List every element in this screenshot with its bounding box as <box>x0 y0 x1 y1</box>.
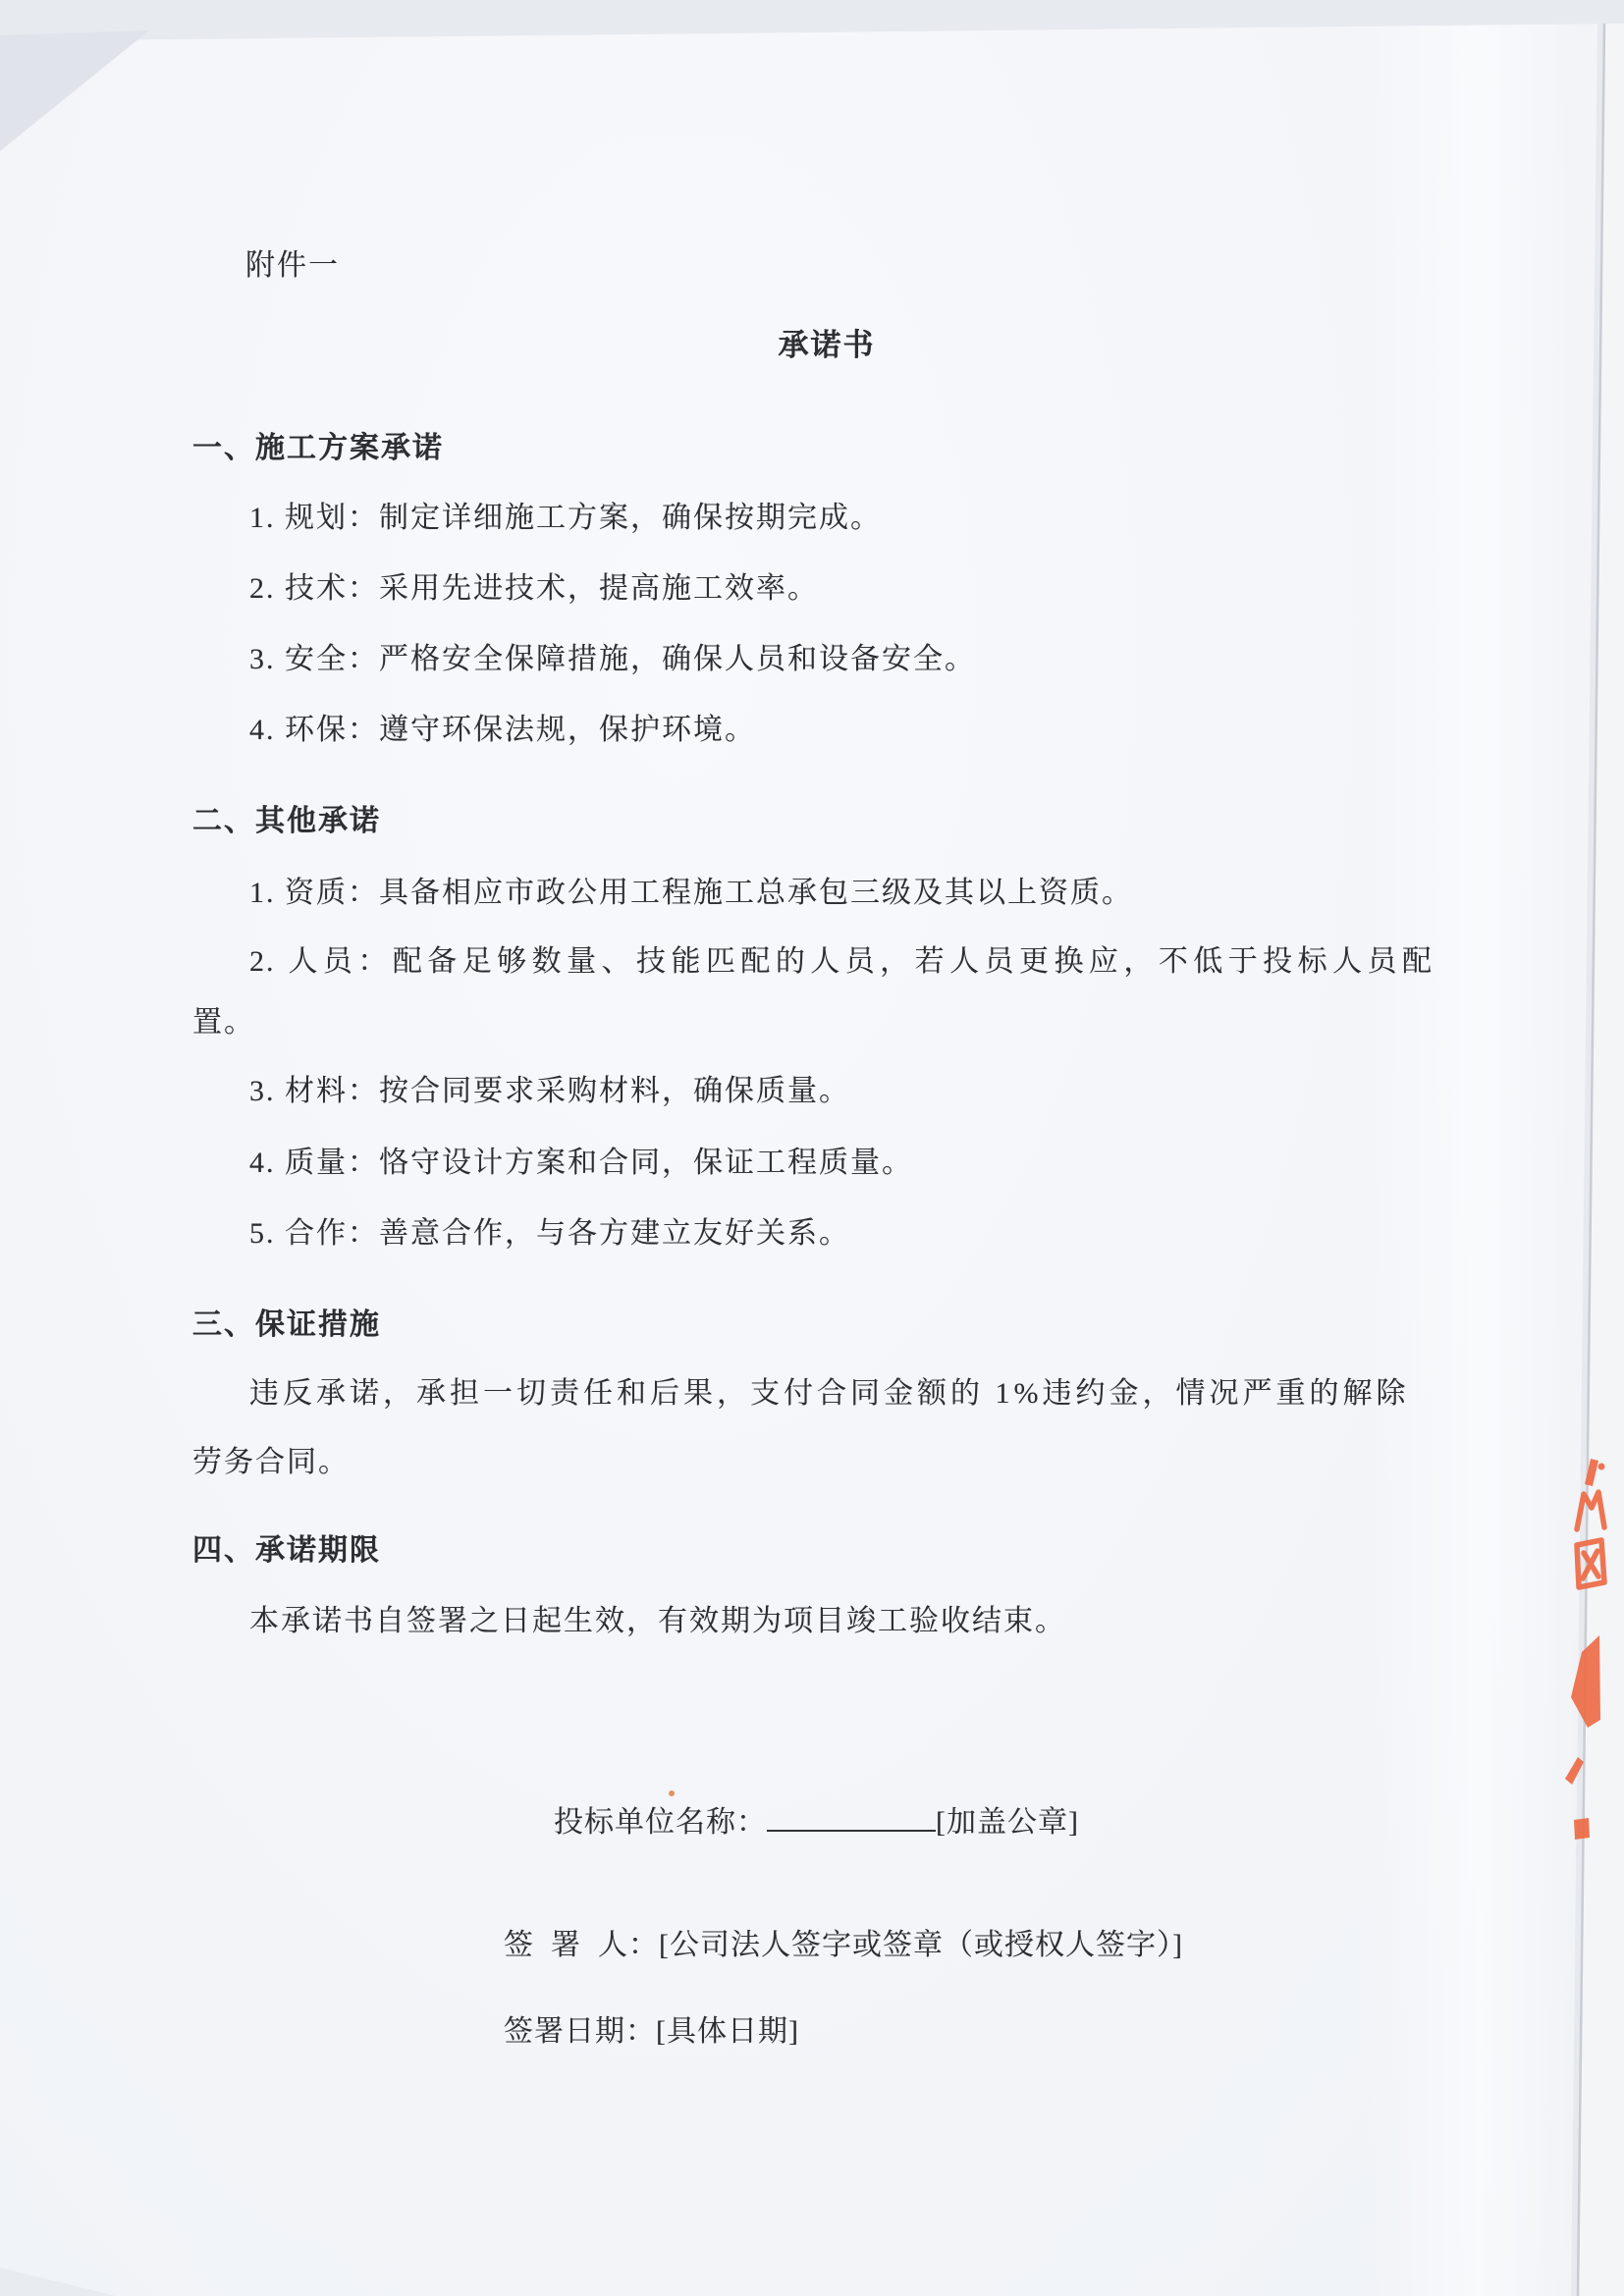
section-2-heading: 二、其他承诺 <box>192 802 1434 841</box>
scanned-page: 附件一 承诺书 一、施工方案承诺 1. 规划：制定详细施工方案，确保按期完成。 … <box>0 0 1624 2296</box>
section-2-item-5: 5. 合作：善意合作，与各方建立友好关系。 <box>192 1214 1434 1254</box>
section-1-item-3: 3. 安全：严格安全保障措施，确保人员和设备安全。 <box>192 640 1434 679</box>
attachment-label: 附件一 <box>245 246 1434 286</box>
signature-unit-note: [加盖公章] <box>936 1806 1079 1839</box>
section-2-item-2-line-1: 2. 人员：配备足够数量、技能匹配的人员，若人员更换应，不低于投标人员配 <box>192 942 1434 982</box>
section-1-item-4: 4. 环保：遵守环保法规，保护环境。 <box>192 711 1434 750</box>
doc-title: 承诺书 <box>192 326 1434 365</box>
section-3-paragraph-line-1: 违反承诺，承担一切责任和后果，支付合同金额的 1%违约金，情况严重的解除 <box>192 1374 1434 1414</box>
section-2-item-3: 3. 材料：按合同要求采购材料，确保质量。 <box>192 1072 1434 1111</box>
section-1-item-1: 1. 规划：制定详细施工方案，确保按期完成。 <box>192 499 1434 538</box>
section-1-heading: 一、施工方案承诺 <box>192 429 1434 468</box>
document-content: 附件一 承诺书 一、施工方案承诺 1. 规划：制定详细施工方案，确保按期完成。 … <box>0 0 1624 2296</box>
section-1-item-2: 2. 技术：采用先进技术，提高施工效率。 <box>192 569 1434 609</box>
section-3-paragraph-line-2: 劳务合同。 <box>192 1443 1434 1482</box>
section-2-item-1: 1. 资质：具备相应市政公用工程施工总承包三级及其以上资质。 <box>192 874 1434 913</box>
signature-date-line: 签署日期：[具体日期] <box>504 2011 1434 2053</box>
section-4-heading: 四、承诺期限 <box>192 1531 1434 1571</box>
signature-unit-label: 投标单位名称： <box>554 1806 767 1839</box>
section-2-item-2-line-2: 置。 <box>192 1003 1434 1042</box>
signature-signer-line: 签 署 人：[公司法人签字或签章（或授权人签字）] <box>504 1925 1434 1966</box>
signature-unit-line: 投标单位名称：[加盖公章] <box>504 1759 1434 1885</box>
section-4-paragraph: 本承诺书自签署之日起生效，有效期为项目竣工验收结束。 <box>192 1602 1434 1641</box>
section-2-item-4: 4. 质量：恪守设计方案和合同，保证工程质量。 <box>192 1144 1434 1183</box>
section-3-heading: 三、保证措施 <box>192 1306 1434 1345</box>
signature-underline <box>767 1800 936 1832</box>
